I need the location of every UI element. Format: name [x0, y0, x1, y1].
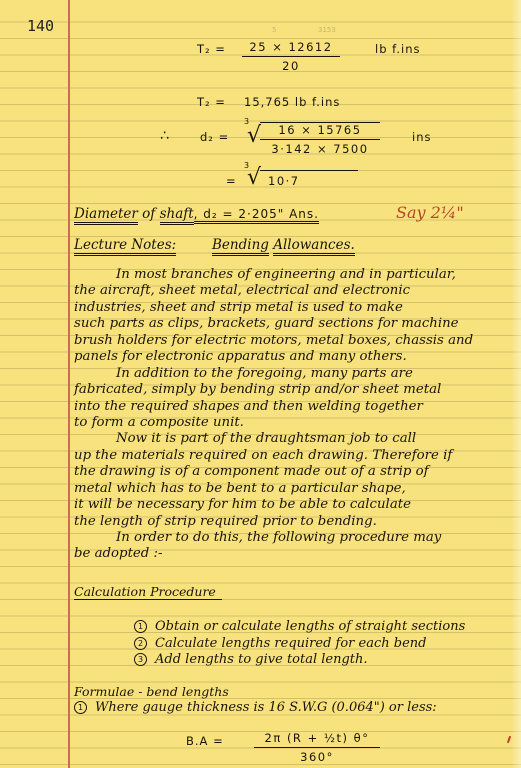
ba-fraction: 2π (R + ½t) θ° 360°	[254, 731, 380, 764]
answer-prefix-1: Diameter	[74, 206, 138, 225]
text-line: In order to do this, the following proce…	[74, 530, 521, 546]
lecture-heading: Lecture Notes:	[74, 237, 176, 253]
answer-expression: , d₂ = 2·205" Ans.	[194, 207, 319, 224]
page-number: 140	[27, 17, 54, 35]
lecture-label: Lecture Notes:	[74, 237, 176, 256]
procedure-step: 3Add lengths to give total length.	[134, 652, 368, 667]
text-line: panels for electronic apparatus and many…	[74, 349, 521, 365]
faint-note-1: 5	[272, 26, 276, 34]
text-line: Now it is part of the draughtsman job to…	[74, 431, 521, 447]
margin-line	[68, 0, 70, 768]
lecture-title: Bending Allowances.	[212, 237, 355, 253]
text-line: In most branches of engineering and in p…	[74, 267, 521, 283]
step-text: Calculate lengths required for each bend	[155, 636, 426, 651]
lecture-paragraph: In most branches of engineering and in p…	[74, 267, 521, 563]
therefore-symbol: ∴	[160, 128, 170, 144]
t2-numerator: 25 × 12612	[242, 40, 340, 57]
text-line: brush holders for electric motors, metal…	[74, 333, 521, 349]
procedure-step: 2Calculate lengths required for each ben…	[134, 636, 426, 651]
step-number-icon: 1	[134, 620, 147, 633]
d2-equals: =	[226, 174, 237, 188]
answer-prefix-3: shaft	[160, 206, 194, 225]
text-line: the length of strip required prior to be…	[74, 514, 521, 530]
t2-units: lb f.ins	[375, 42, 421, 56]
text-line: be adopted :-	[74, 546, 521, 562]
d2-denominator: 3·142 × 7500	[260, 140, 380, 156]
ba-denominator: 360°	[254, 748, 380, 764]
procedure-step: 1Obtain or calculate lengths of straight…	[134, 619, 465, 634]
d2-numerator: 16 × 15765	[260, 123, 380, 140]
formulae-item: 1Where gauge thickness is 16 S.W.G (0.06…	[74, 700, 437, 715]
d2-label: d₂ =	[200, 130, 229, 144]
text-line: such parts as clips, brackets, guard sec…	[74, 316, 521, 332]
t2-label: T₂ =	[197, 42, 226, 56]
answer-line: Diameter of shaft, d₂ = 2·205" Ans.	[74, 206, 319, 222]
lecture-title-1: Bending	[212, 237, 269, 256]
procedure-heading-text: Calculation Procedure	[74, 584, 222, 600]
t2-result: 15,765 lb f.ins	[244, 95, 340, 109]
faint-note-2: 3153	[318, 26, 336, 34]
t2-result-label: T₂ =	[197, 95, 226, 109]
d2-simplified-root: 3 √ 10·7	[244, 165, 354, 189]
item-number-icon: 1	[74, 701, 87, 714]
ba-numerator: 2π (R + ½t) θ°	[254, 731, 380, 748]
t2-denominator: 20	[242, 57, 340, 73]
notebook-page: 140 T₂ = 5 3153 25 × 12612 20 lb f.ins T…	[0, 0, 521, 768]
text-line: into the required shapes and then weldin…	[74, 399, 521, 415]
text-line: the drawing is of a component made out o…	[74, 464, 521, 480]
procedure-heading: Calculation Procedure	[74, 584, 222, 599]
answer-red-note: Say 2¼"	[396, 203, 464, 222]
lecture-title-2: Allowances.	[273, 237, 355, 256]
red-tick-mark	[507, 736, 511, 743]
text-line: up the materials required on each drawin…	[74, 448, 521, 464]
text-line: In addition to the foregoing, many parts…	[74, 366, 521, 382]
text-line: the aircraft, sheet metal, electrical an…	[74, 283, 521, 299]
d2-simplified: 10·7	[260, 170, 358, 188]
step-number-icon: 3	[134, 653, 147, 666]
text-line: to form a composite unit.	[74, 415, 521, 431]
text-line: industries, sheet and strip metal is use…	[74, 300, 521, 316]
d2-cube-root: 3 √ 16 × 15765 3·142 × 7500	[244, 121, 384, 157]
step-text: Add lengths to give total length.	[155, 652, 368, 667]
d2-units: ins	[412, 130, 431, 144]
text-line: fabricated, simply by bending strip and/…	[74, 382, 521, 398]
step-number-icon: 2	[134, 637, 147, 650]
formulae-heading: Formulae - bend lengths	[74, 684, 229, 699]
step-text: Obtain or calculate lengths of straight …	[155, 619, 465, 634]
t2-fraction: 25 × 12612 20	[242, 40, 340, 73]
text-line: it will be necessary for him to be able …	[74, 497, 521, 513]
formulae-item-text: Where gauge thickness is 16 S.W.G (0.064…	[95, 700, 437, 715]
answer-prefix-2: of	[142, 206, 155, 222]
ba-label: B.A =	[186, 734, 224, 748]
d2-fraction: 16 × 15765 3·142 × 7500	[260, 123, 380, 156]
text-line: metal which has to be bent to a particul…	[74, 481, 521, 497]
